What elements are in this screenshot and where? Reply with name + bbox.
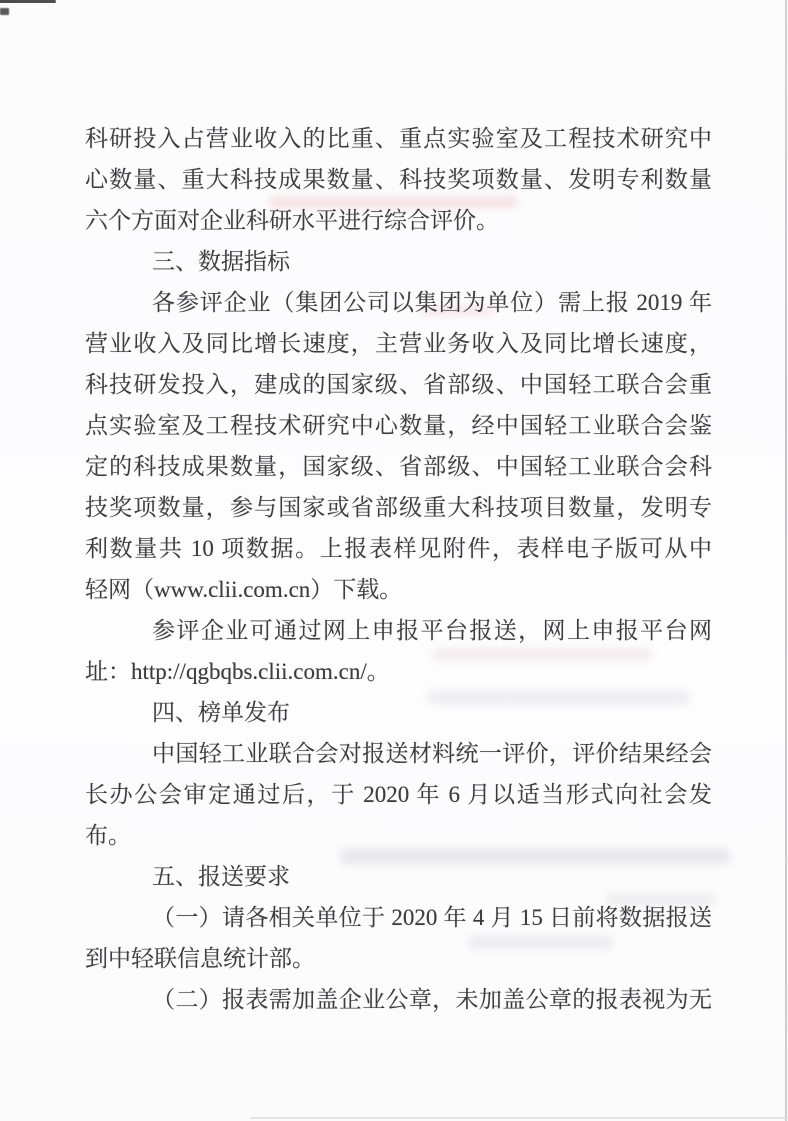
scan-right-edge-line [785, 0, 787, 1121]
document-line: 科研投入占营业收入的比重、重点实验室及工程技术研究中 [85, 118, 712, 159]
scan-bottom-edge-line [250, 1117, 788, 1119]
document-line: 营业收入及同比增长速度，主营业务收入及同比增长速度， [85, 323, 712, 364]
scan-corner-dash [0, 8, 9, 15]
document-line: 五、报送要求 [85, 856, 712, 897]
document-line: 点实验室及工程技术研究中心数量，经中国轻工业联合会鉴 [85, 405, 712, 446]
document-line: 三、数据指标 [85, 241, 712, 282]
document-line: 心数量、重大科技成果数量、科技奖项数量、发明专利数量 [85, 159, 712, 200]
document-body: 科研投入占营业收入的比重、重点实验室及工程技术研究中 心数量、重大科技成果数量、… [85, 118, 712, 1020]
document-line: 利数量共 10 项数据。上报表样见附件，表样电子版可从中 [85, 528, 712, 569]
scanned-document-page: 科研投入占营业收入的比重、重点实验室及工程技术研究中 心数量、重大科技成果数量、… [0, 0, 788, 1121]
document-line: 定的科技成果数量，国家级、省部级、中国轻工业联合会科 [85, 446, 712, 487]
document-line: 科技研发投入，建成的国家级、省部级、中国轻工联合会重 [85, 364, 712, 405]
scan-corner-smudge [0, 0, 56, 3]
document-line: 四、榜单发布 [85, 692, 712, 733]
document-line: 到中轻联信息统计部。 [85, 938, 712, 979]
document-line: 布。 [85, 815, 712, 856]
document-line: 址：http://qgbqbs.clii.com.cn/。 [85, 651, 712, 692]
document-line: 中国轻工业联合会对报送材料统一评价，评价结果经会 [85, 733, 712, 774]
document-line: （一）请各相关单位于 2020 年 4 月 15 日前将数据报送 [85, 897, 712, 938]
document-line: 技奖项数量，参与国家或省部级重大科技项目数量，发明专 [85, 487, 712, 528]
document-line: 参评企业可通过网上申报平台报送，网上申报平台网 [85, 610, 712, 651]
document-line: 各参评企业（集团公司以集团为单位）需上报 2019 年度 [85, 282, 712, 323]
document-line: 轻网（www.clii.com.cn）下载。 [85, 569, 712, 610]
document-line: 长办公会审定通过后，于 2020 年 6 月以适当形式向社会发 [85, 774, 712, 815]
document-line: 六个方面对企业科研水平进行综合评价。 [85, 200, 712, 241]
document-line: （二）报表需加盖企业公章，未加盖公章的报表视为无 [85, 979, 712, 1020]
